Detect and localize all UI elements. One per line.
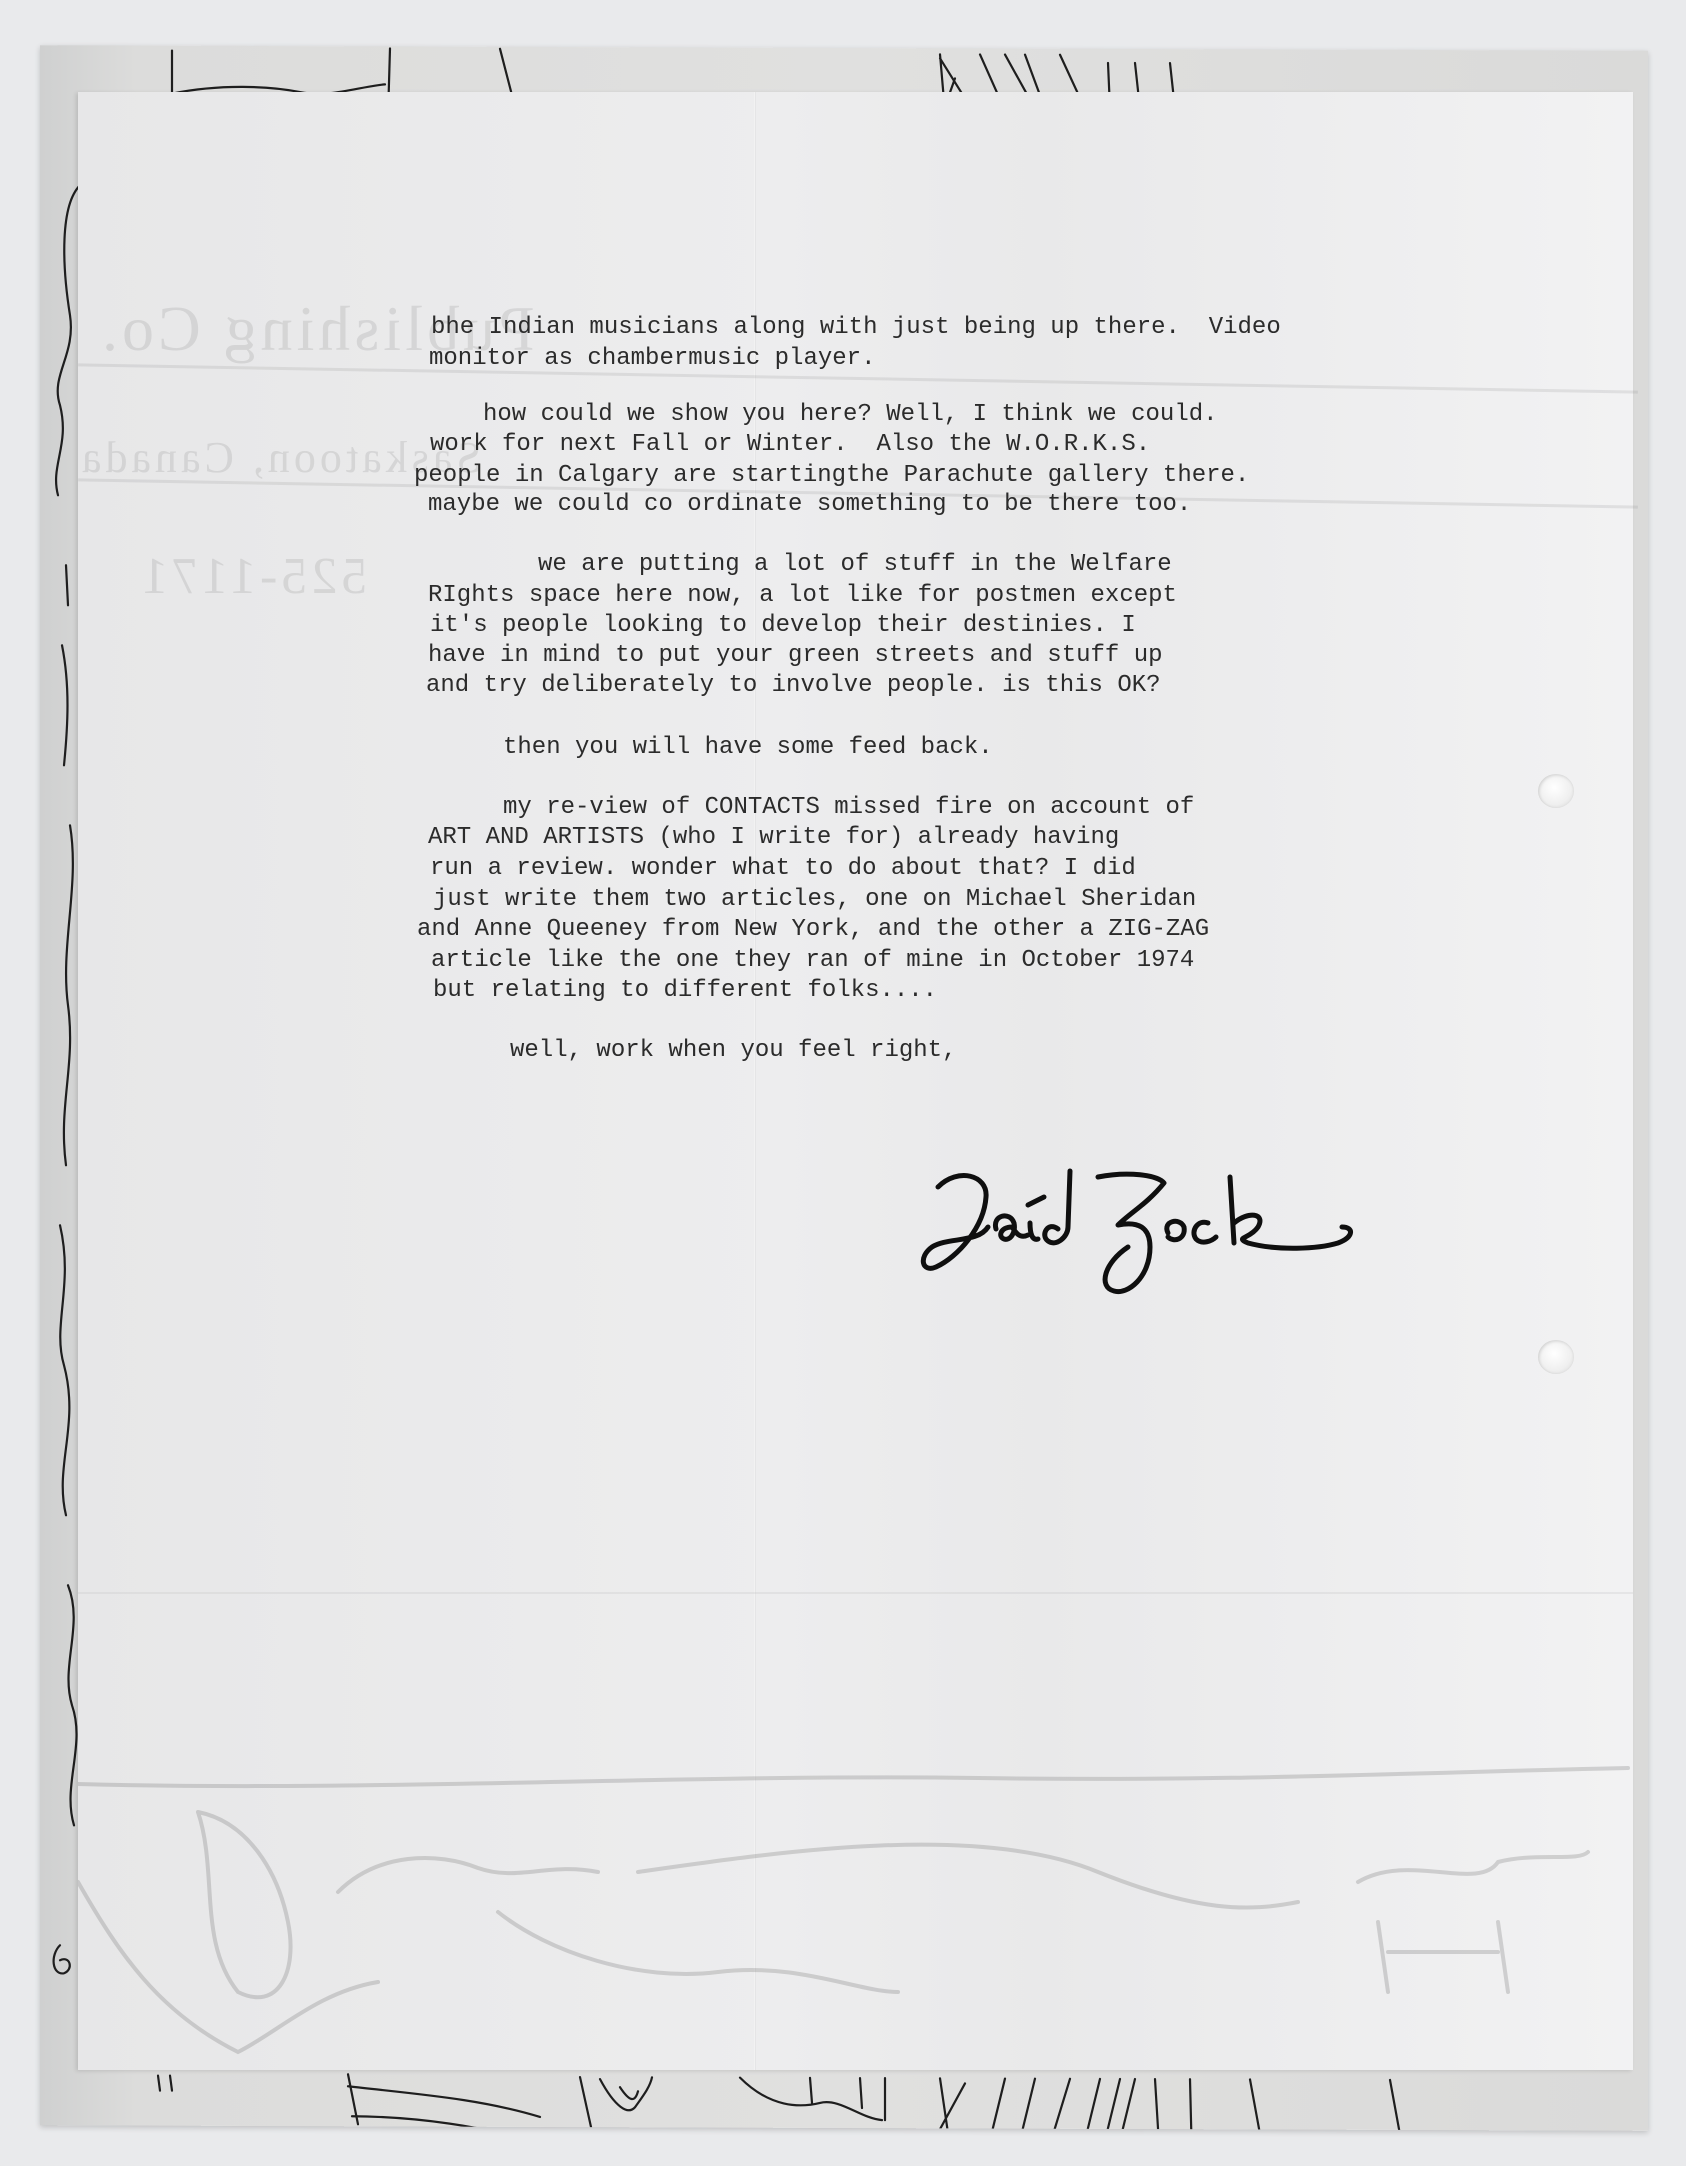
letter-page: Publishing Co. Saskatoon, Canada 525-117… xyxy=(78,92,1633,2070)
show-through-drawing xyxy=(78,92,1633,2070)
